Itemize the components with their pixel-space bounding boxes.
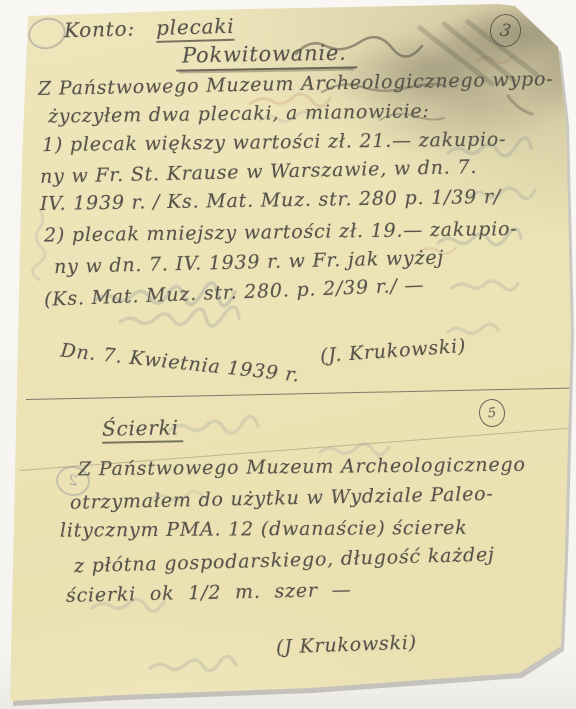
section-number-badge: 5 [477, 398, 506, 429]
account-row: Konto: plecaki [64, 14, 235, 42]
account-value: plecaki [156, 14, 235, 43]
pencil-circle-mark [25, 14, 69, 53]
signature: (J Krukowski) [276, 632, 418, 659]
section-heading: Ścierki [102, 415, 183, 443]
section-number: 5 [487, 405, 497, 421]
scanned-page: Konto: plecaki 3 Pokwitowanie. Z Państwo… [0, 0, 576, 709]
document-title: Pokwitowanie. [176, 40, 357, 71]
receipt-paragraph: Z Państwowego Muzeum Archeologicznego wy… [36, 70, 554, 305]
date-line: Dn. 7. Kwietnia 1939 r. [60, 339, 302, 386]
signature: (J. Krukowski) [319, 335, 467, 367]
paper-sheet: Konto: plecaki 3 Pokwitowanie. Z Państwo… [0, 0, 576, 709]
account-label: Konto: [64, 16, 136, 42]
towels-paragraph: Z Państwowego Muzeum Archeologicznego ot… [58, 452, 526, 607]
page-number: 3 [499, 20, 513, 41]
